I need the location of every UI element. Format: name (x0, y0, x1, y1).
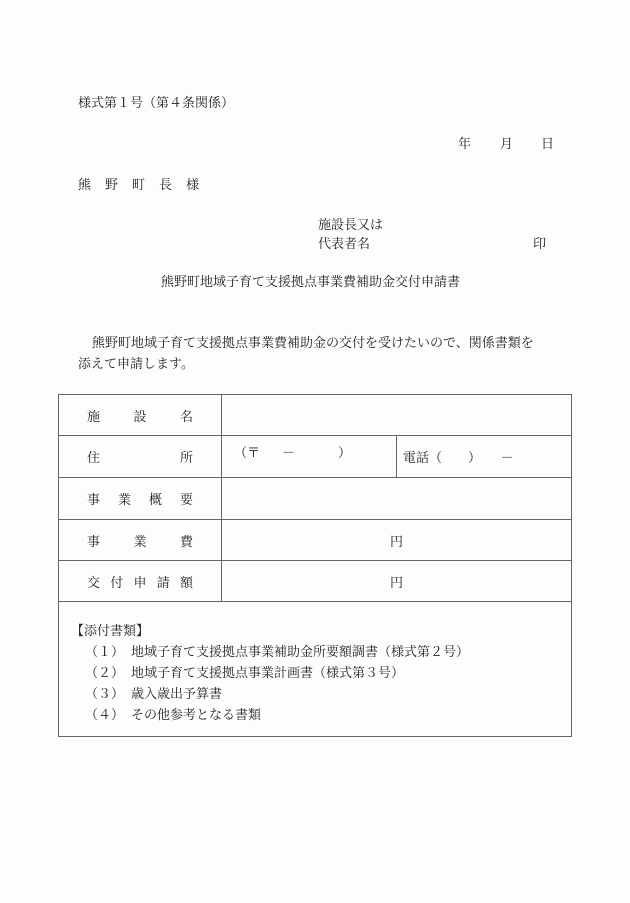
attachment-number: （２） (85, 667, 131, 680)
attachment-text: その他参考となる書類 (131, 708, 261, 723)
label-char: 業 (133, 531, 146, 550)
postal-close: ） (338, 442, 351, 461)
grant-amount-field[interactable]: 円 (222, 561, 572, 602)
table-row-grant-amount: 交付申請額 円 (59, 561, 572, 602)
label-char: 設 (133, 406, 146, 425)
label-char: 事 (87, 489, 100, 508)
application-table: 施設名 住所 （〒 － ） 電話（ ） － 事業概要 事業費 円 交付申請額 円 (58, 394, 572, 602)
addressee-char: 様 (186, 178, 199, 193)
label-char: 請 (157, 572, 170, 591)
label-char: 概 (149, 489, 162, 508)
date-month: 月 (500, 138, 513, 151)
addressee-char: 長 (159, 178, 172, 193)
addressee-char: 熊 (78, 178, 91, 193)
address-field[interactable]: （〒 － ） (222, 436, 397, 478)
table-row-address: 住所 （〒 － ） 電話（ ） － (59, 436, 572, 478)
label-char: 要 (180, 489, 193, 508)
attachments-title: 【添付書類】 (71, 625, 149, 638)
label-char: 業 (118, 489, 131, 508)
label-char: 名 (180, 406, 193, 425)
label-char: 事 (87, 531, 100, 550)
table-row-business-summary: 事業概要 (59, 478, 572, 520)
label-char: 所 (180, 447, 193, 466)
attachment-number: （４） (85, 709, 131, 722)
table-row-business-cost: 事業費 円 (59, 520, 572, 561)
grant-amount-label: 交付申請額 (59, 561, 222, 602)
attachment-number: （１） (85, 646, 131, 659)
attachment-item: （１）地域子育て支援拠点事業補助金所要額調書（様式第２号） (85, 646, 469, 659)
table-row-facility-name: 施設名 (59, 395, 572, 436)
business-summary-label: 事業概要 (59, 478, 222, 520)
applicant-label-2: 代表者名 (318, 238, 370, 251)
label-char: 交 (87, 572, 100, 591)
attachment-number: （３） (85, 688, 131, 701)
addressee-char: 野 (105, 178, 118, 193)
attachment-item: （４）その他参考となる書類 (85, 709, 261, 722)
business-cost-label: 事業費 (59, 520, 222, 561)
attachment-text: 地域子育て支援拠点事業計画書（様式第３号） (131, 666, 404, 681)
addressee: 熊野町長様 (78, 179, 199, 192)
body-text-line2: 添えて申請します。 (78, 358, 194, 371)
date-day: 日 (541, 138, 554, 151)
attachment-text: 地域子育て支援拠点事業補助金所要額調書（様式第２号） (131, 645, 469, 660)
applicant-label-1: 施設長又は (318, 219, 383, 232)
label-char: 施 (87, 406, 100, 425)
attachment-text: 歳入歳出予算書 (131, 687, 222, 702)
body-text-line1: 熊野町地域子育て支援拠点事業費補助金の交付を受けたいので、関係書類を (92, 337, 534, 350)
facility-name-field[interactable] (222, 395, 572, 436)
label-char: 申 (133, 572, 146, 591)
business-cost-field[interactable]: 円 (222, 520, 572, 561)
attachment-item: （３）歳入歳出予算書 (85, 688, 222, 701)
attachments-section: 【添付書類】 （１）地域子育て支援拠点事業補助金所要額調書（様式第２号） （２）… (58, 597, 572, 737)
business-summary-field[interactable] (222, 478, 572, 520)
label-char: 付 (110, 572, 123, 591)
seal-mark: 印 (533, 238, 546, 251)
document-title: 熊野町地域子育て支援拠点事業費補助金交付申請書 (161, 276, 460, 289)
phone-field[interactable]: 電話（ ） － (397, 436, 572, 478)
postal-open: （〒 (234, 442, 260, 461)
postal-dash: － (282, 442, 295, 461)
label-char: 額 (180, 572, 193, 591)
label-char: 費 (180, 531, 193, 550)
date-year: 年 (458, 138, 471, 151)
address-label: 住所 (59, 436, 222, 478)
form-number: 様式第１号（第４条関係） (78, 97, 234, 110)
label-char: 住 (87, 447, 100, 466)
attachment-item: （２）地域子育て支援拠点事業計画書（様式第３号） (85, 667, 404, 680)
addressee-char: 町 (132, 178, 145, 193)
facility-name-label: 施設名 (59, 395, 222, 436)
